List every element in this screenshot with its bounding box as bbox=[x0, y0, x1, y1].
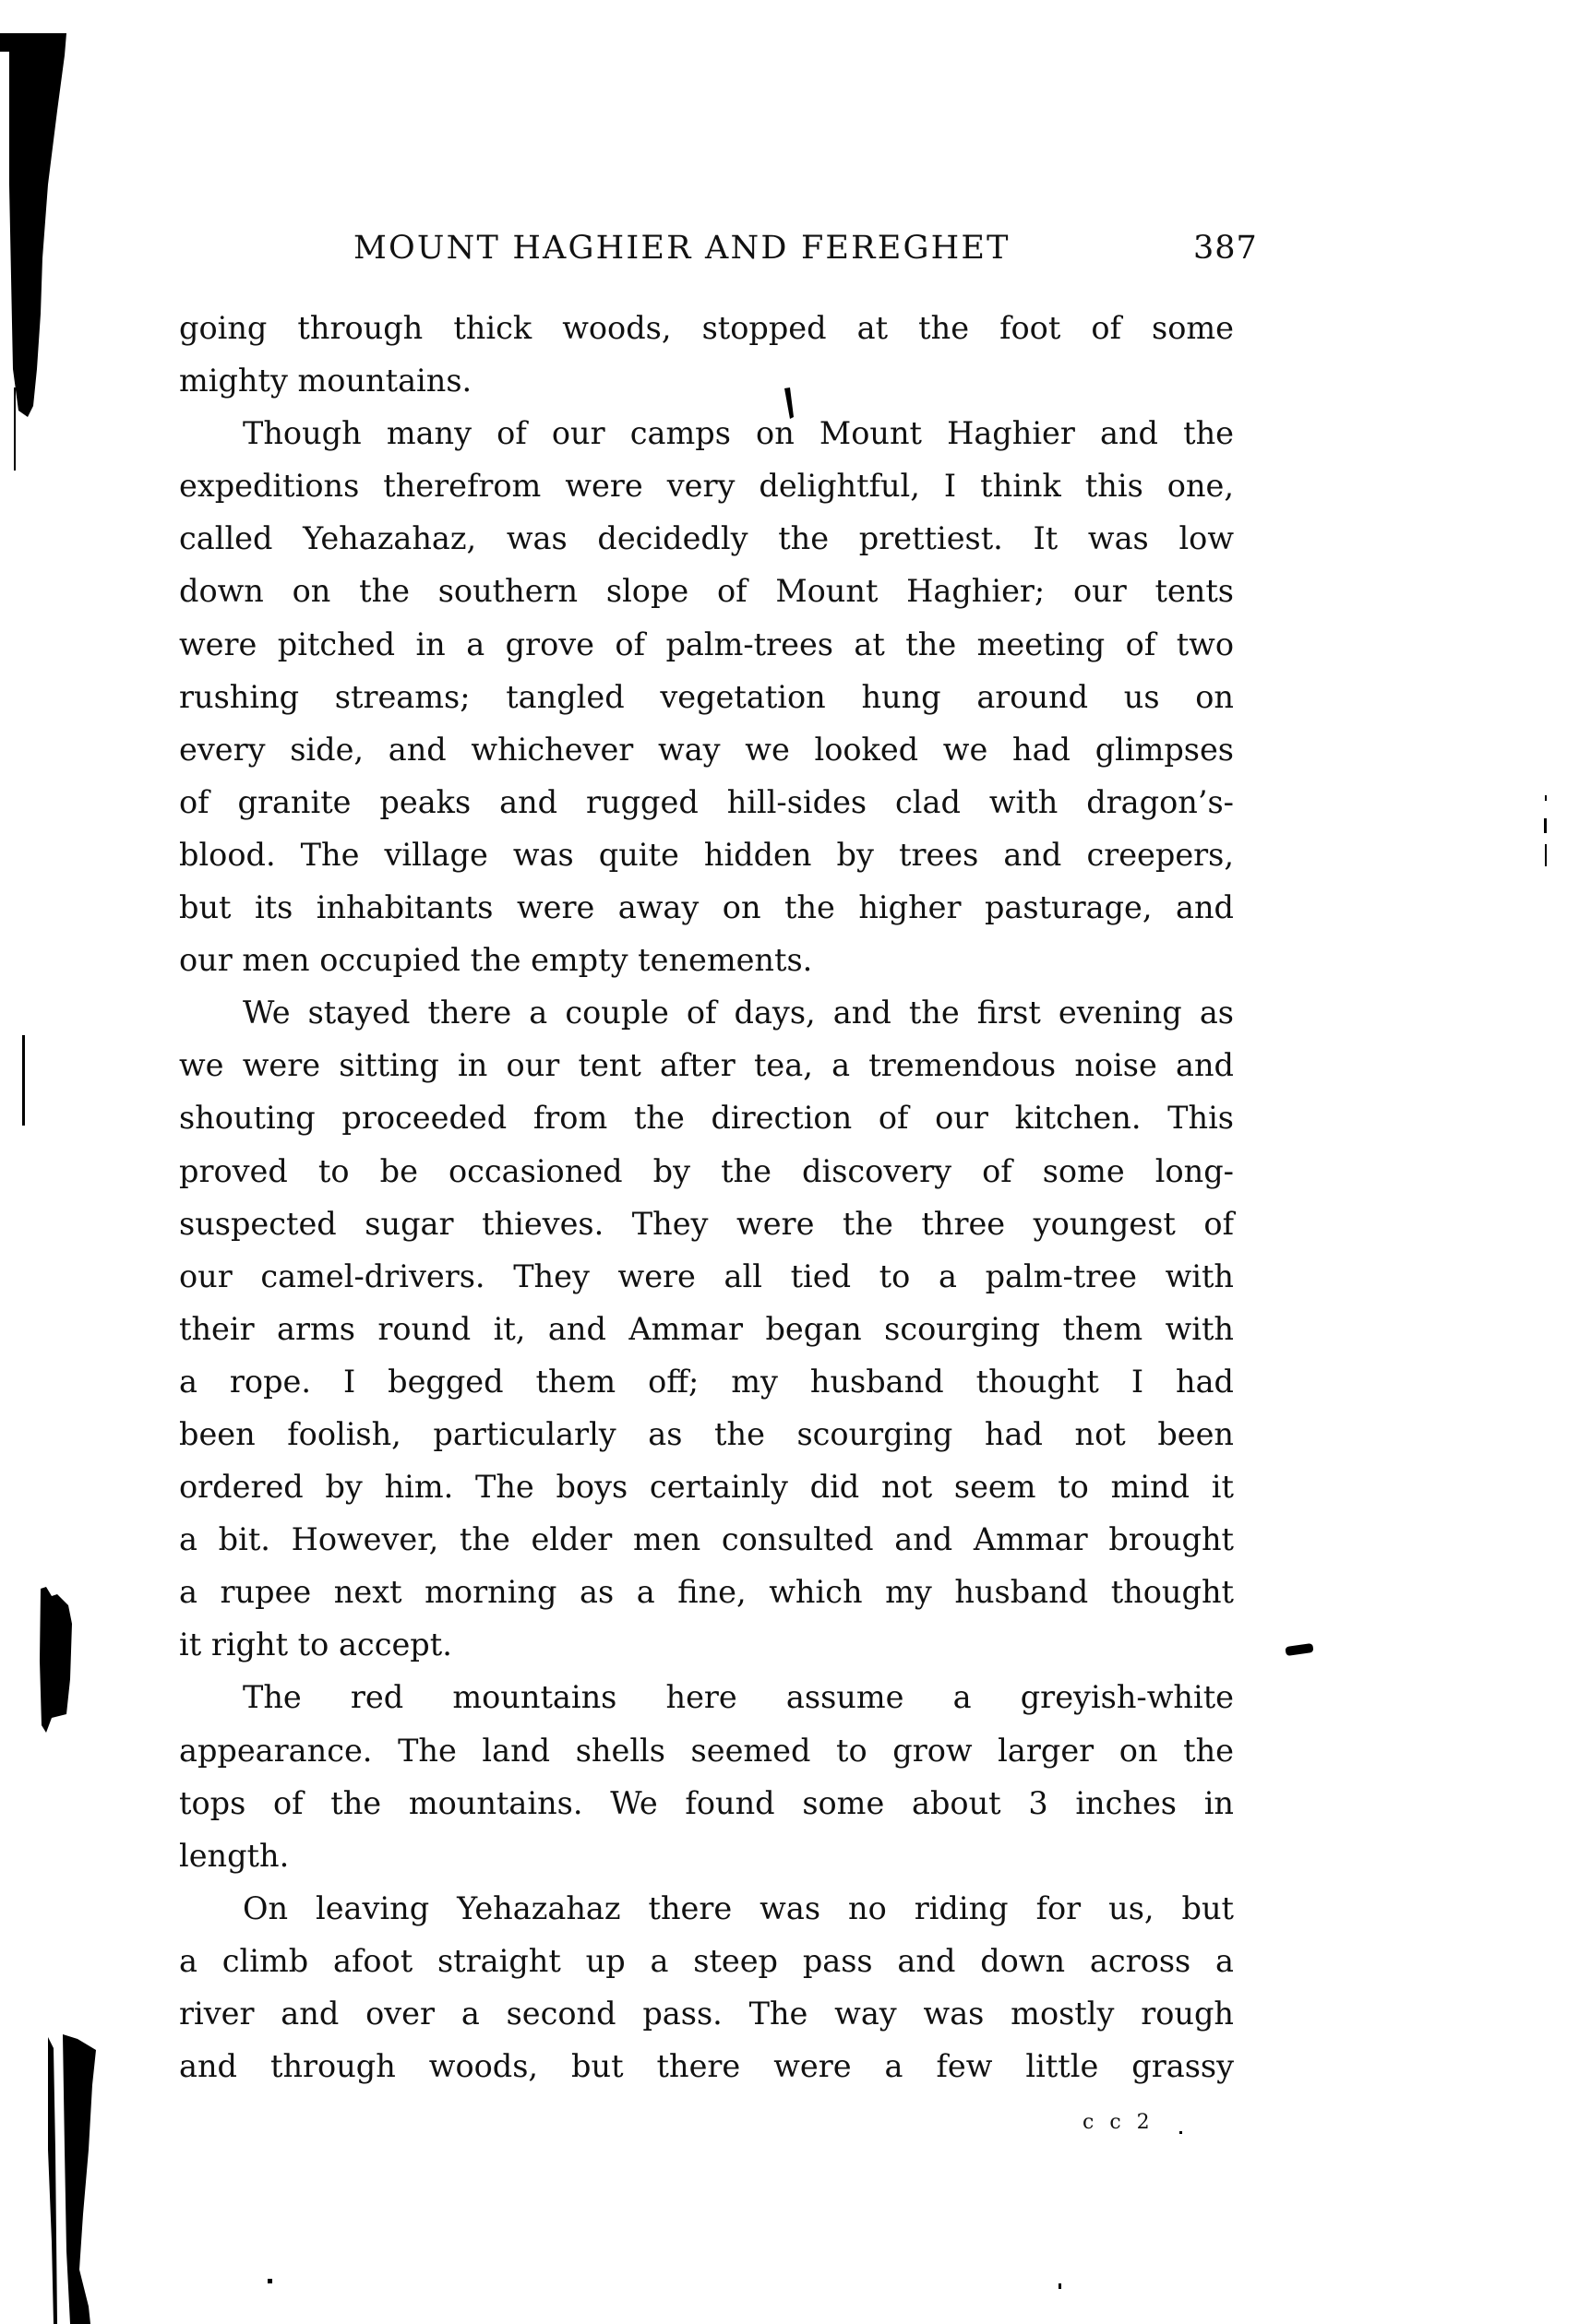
text-line: We stayed there a couple of days, and th… bbox=[179, 986, 1234, 1039]
text-line: been foolish, particularly as the scourg… bbox=[179, 1408, 1234, 1460]
text-line: ordered by him. The boys certainly did n… bbox=[179, 1460, 1234, 1513]
text-line: a rope. I begged them off; my husband th… bbox=[179, 1355, 1234, 1408]
text-line: called Yehazahaz, was decidedly the pret… bbox=[179, 512, 1234, 565]
book-page: MOUNT HAGHIER AND FEREGHET 387 going thr… bbox=[0, 0, 1579, 2324]
text-line: river and over a second pass. The way wa… bbox=[179, 1987, 1234, 2040]
text-line: down on the southern slope of Mount Hagh… bbox=[179, 565, 1234, 617]
text-line: going through thick woods, stopped at th… bbox=[179, 302, 1234, 354]
text-line: but its inhabitants were away on the hig… bbox=[179, 881, 1234, 934]
text-line: On leaving Yehazahaz there was no riding… bbox=[179, 1882, 1234, 1935]
text-line: a rupee next morning as a fine, which my… bbox=[179, 1566, 1234, 1618]
running-head-title: MOUNT HAGHIER AND FEREGHET bbox=[353, 225, 1011, 271]
text-line: tops of the mountains. We found some abo… bbox=[179, 1777, 1234, 1829]
text-line: we were sitting in our tent after tea, a… bbox=[179, 1039, 1234, 1091]
text-line: their arms round it, and Ammar began sco… bbox=[179, 1303, 1234, 1355]
text-line: blood. The village was quite hidden by t… bbox=[179, 828, 1234, 881]
text-line: length. bbox=[179, 1829, 1234, 1882]
running-head: MOUNT HAGHIER AND FEREGHET 387 bbox=[353, 225, 1239, 271]
text-line: proved to be occasioned by the discovery… bbox=[179, 1145, 1234, 1198]
text-line: rushing streams; tangled vegetation hung… bbox=[179, 671, 1234, 723]
text-line: Though many of our camps on Mount Haghie… bbox=[179, 407, 1234, 459]
text-line: shouting proceeded from the direction of… bbox=[179, 1091, 1234, 1144]
body-text: going through thick woods, stopped at th… bbox=[179, 302, 1234, 2092]
signature-mark: c c 2 bbox=[1083, 2111, 1154, 2134]
text-line: our men occupied the empty tenements. bbox=[179, 934, 1234, 986]
text-line: our camel-drivers. They were all tied to… bbox=[179, 1250, 1234, 1303]
text-line: a climb afoot straight up a steep pass a… bbox=[179, 1935, 1234, 1987]
text-line: of granite peaks and rugged hill-sides c… bbox=[179, 776, 1234, 828]
page-number: 387 bbox=[1193, 225, 1258, 271]
text-line: appearance. The land shells seemed to gr… bbox=[179, 1724, 1234, 1777]
text-line: suspected sugar thieves. They were the t… bbox=[179, 1198, 1234, 1250]
text-line: every side, and whichever way we looked … bbox=[179, 723, 1234, 776]
text-line: were pitched in a grove of palm-trees at… bbox=[179, 618, 1234, 671]
text-line: The red mountains here assume a greyish-… bbox=[179, 1671, 1234, 1723]
text-line: it right to accept. bbox=[179, 1618, 1234, 1671]
text-line: and through woods, but there were a few … bbox=[179, 2040, 1234, 2092]
text-line: a bit. However, the elder men consulted … bbox=[179, 1513, 1234, 1566]
text-line: expeditions therefrom were very delightf… bbox=[179, 459, 1234, 512]
text-line: mighty mountains. bbox=[179, 354, 1234, 407]
